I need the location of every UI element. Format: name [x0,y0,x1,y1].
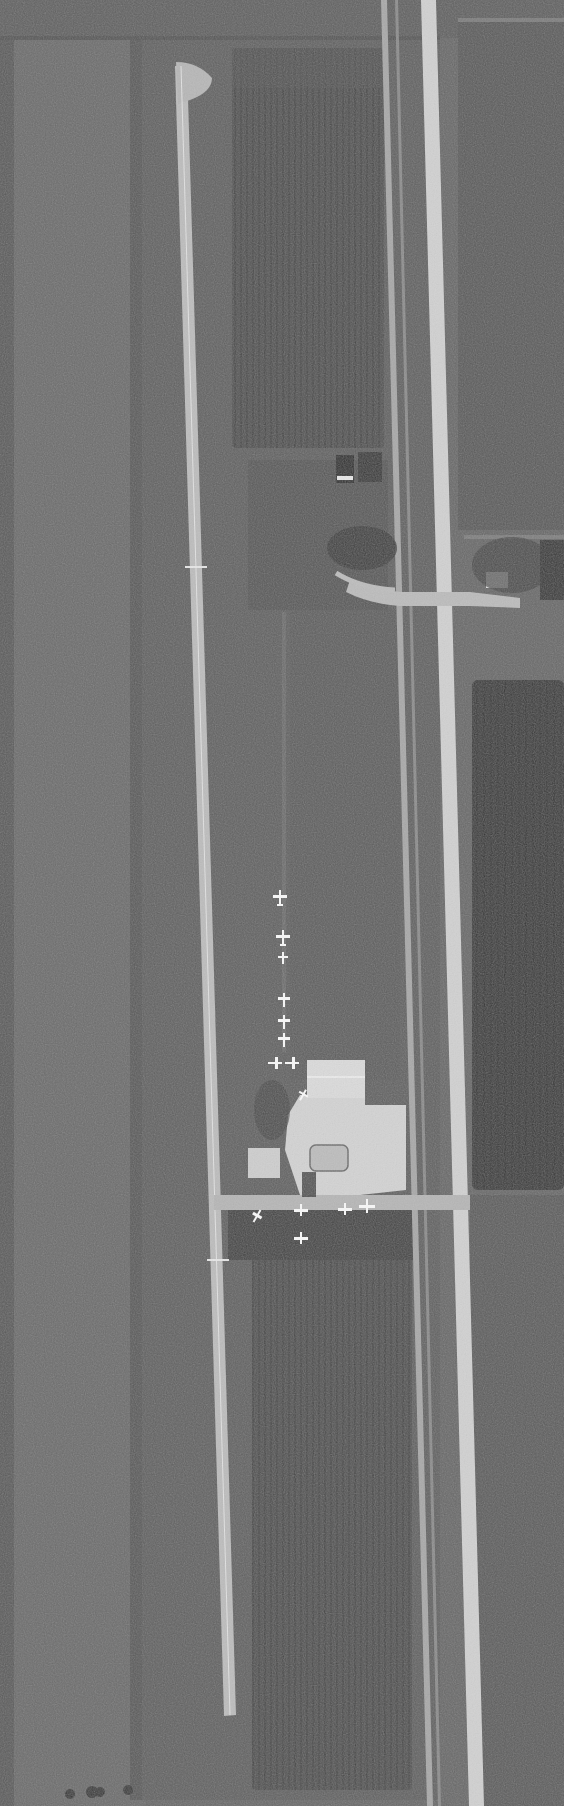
field-east-dark [472,680,564,1190]
field-east-north [458,20,564,530]
arched-hangar [310,1145,348,1171]
field-middle [290,610,400,1080]
aerial-photo-canvas [0,0,564,1806]
plowed-field-south [252,1255,412,1790]
aerial-photo: Black-and-white aerial photograph of a s… [0,0,564,1806]
small-pad [248,1148,280,1178]
field-east-south [470,1195,564,1806]
plowed-field-north [232,48,384,448]
field-far-west [0,40,145,1806]
connector-apron [214,1195,470,1210]
main-hangar [307,1060,365,1098]
